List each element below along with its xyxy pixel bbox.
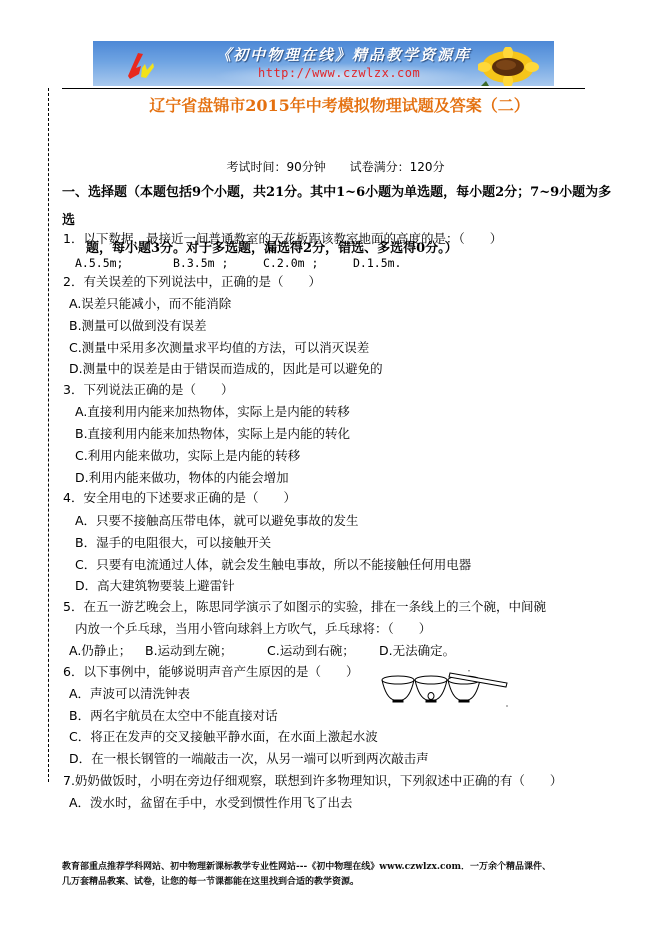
footer-line2: 几万套精品教案、试卷，让您的每一节课都能在这里找到合适的教学资源。 <box>62 875 622 890</box>
question-6-option-d: D．在一根长钢管的一端敲击一次，从另一端可以听到两次敲击声 <box>69 751 429 767</box>
option-a: A.5.5m; <box>75 255 173 271</box>
question-2-option-a: A.误差只能减小，而不能消除 <box>69 296 231 312</box>
question-5-stem: 5．在五一游艺晚会上，陈思同学演示了如图示的实验，排在一条线上的三个碗，中间碗 <box>63 599 546 615</box>
banner-title: 《初中物理在线》精品教学资源库 <box>216 44 471 65</box>
option-d: D.无法确定。 <box>379 643 455 659</box>
question-3-stem: 3．下列说法正确的是（ ） <box>63 382 233 398</box>
question-6-stem: 6．以下事例中，能够说明声音产生原因的是（ ） <box>63 664 358 680</box>
full-score: 试卷满分：120分 <box>350 160 445 174</box>
exam-time: 考试时间：90分钟 <box>226 160 325 174</box>
page-footer: 教育部重点推荐学科网站、初中物理新课标教学专业性网站---《初中物理在线》www… <box>62 860 622 890</box>
question-7-option-a: A．泼水时，盆留在手中，水受到惯性作用飞了出去 <box>69 795 353 811</box>
banner-url: http://www.czwlzx.com <box>258 66 420 80</box>
question-5-options: A.仍静止；B.运动到左碗；C.运动到右碗；D.无法确定。 <box>69 643 455 659</box>
option-d: D.1.5m. <box>353 255 401 271</box>
question-1-options: A.5.5m;B.3.5m ;C.2.0m ;D.1.5m. <box>75 255 401 271</box>
question-3-option-d: D.利用内能来做功，物体的内能会增加 <box>75 470 289 486</box>
site-banner: 《初中物理在线》精品教学资源库 http://www.czwlzx.com <box>93 41 554 86</box>
option-c: C.2.0m ; <box>263 255 353 271</box>
question-4-option-a: A．只要不接触高压带电体，就可以避免事故的发生 <box>75 513 359 529</box>
option-a: A.仍静止； <box>69 643 145 659</box>
binding-margin-line <box>48 88 49 782</box>
question-2-option-b: B.测量可以做到没有误差 <box>69 318 207 334</box>
option-b: B.3.5m ; <box>173 255 263 271</box>
option-c: C.运动到右碗； <box>267 643 379 659</box>
question-4-option-b: B．湿手的电阻很大，可以接触开关 <box>75 535 271 551</box>
question-6-option-b: B．两名宇航员在太空中不能直接对话 <box>69 708 278 724</box>
question-5-stem-cont: 内放一个乒乓球，当用小管向球斜上方吹气，乒乓球将：（ ） <box>75 621 431 637</box>
question-1-stem: 1．以下数据，最接近一间普通教室的天花板距该教室地面的高度的是：（ ） <box>63 231 502 247</box>
footer-line1: 教育部重点推荐学科网站、初中物理新课标教学专业性网站---《初中物理在线》www… <box>62 860 622 875</box>
section-heading: 一、选择题（本题包括9个小题，共21分。其中1~6小题为单选题，每小题2分；7~… <box>62 179 622 263</box>
question-4-option-c: C．只要有电流通过人体，就会发生触电事故，所以不能接触任何用电器 <box>75 557 471 573</box>
site-logo-icon <box>126 52 156 80</box>
question-2-stem: 2．有关误差的下列说法中，正确的是（ ） <box>63 274 321 290</box>
exam-info: 考试时间：90分钟 试卷满分：120分 <box>0 158 661 175</box>
question-4-option-d: D．高大建筑物要装上避雷针 <box>75 578 235 594</box>
question-6-option-c: C．将正在发声的交叉接触平静水面，在水面上激起水波 <box>69 729 378 745</box>
question-2-option-c: C.测量中采用多次测量求平均值的方法，可以消灭误差 <box>69 340 369 356</box>
three-bowls-figure <box>380 670 510 710</box>
question-2-option-d: D.测量中的误差是由于错误而造成的，因此是可以避免的 <box>69 361 383 377</box>
question-3-option-a: A.直接利用内能来加热物体，实际上是内能的转移 <box>75 404 350 420</box>
question-6-option-a: A．声波可以清洗钟表 <box>69 686 190 702</box>
document-title: 辽宁省盘锦市2015年中考模拟物理试题及答案（二） <box>0 93 661 116</box>
question-3-option-c: C.利用内能来做功，实际上是内能的转移 <box>75 448 300 464</box>
sunflower-icon <box>478 47 548 86</box>
question-3-option-b: B.直接利用内能来加热物体，实际上是内能的转化 <box>75 426 350 442</box>
header-rule <box>62 88 585 89</box>
section-heading-line1: 一、选择题（本题包括9个小题，共21分。其中1~6小题为单选题，每小题2分；7~… <box>62 179 622 235</box>
question-7-stem: 7.奶奶做饭时，小明在旁边仔细观察，联想到许多物理知识，下列叙述中正确的有（ ） <box>63 773 562 789</box>
question-4-stem: 4．安全用电的下述要求正确的是（ ） <box>63 490 296 506</box>
option-b: B.运动到左碗； <box>145 643 267 659</box>
